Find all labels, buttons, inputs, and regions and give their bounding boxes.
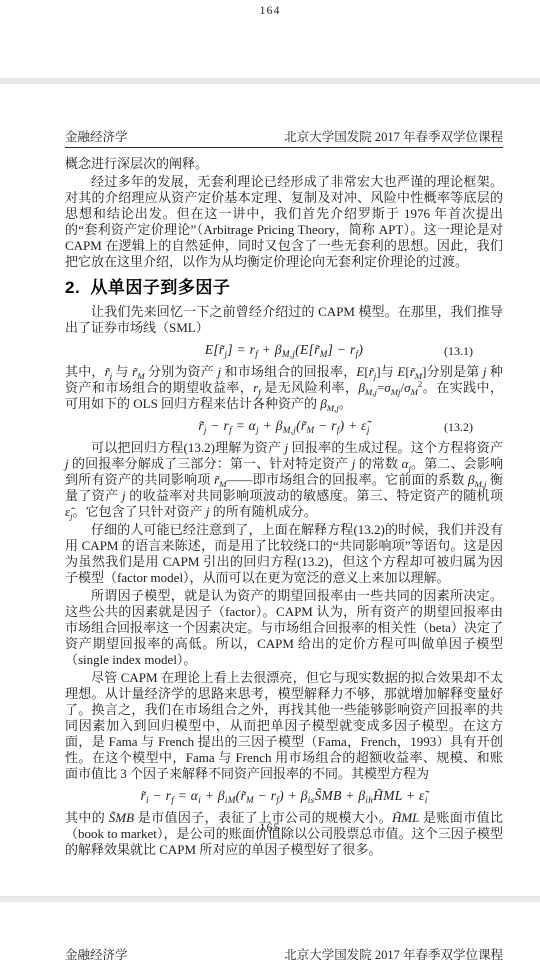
paragraph-sml-terms: 其中，r̃j 与 r̃M 分别为资产 j 和市场组合的回报率，E[r̃j]与 E… xyxy=(65,364,503,412)
page-164-bottom-strip: 164 xyxy=(0,0,540,78)
paragraph-regression-decomposition: 可以把回归方程(13.2)理解为资产 j 回报率的生成过程。这个方程将资产 j … xyxy=(65,440,503,520)
section-heading: 2. 从单因子到多因子 xyxy=(65,280,503,296)
pdf-viewer-canvas: 164 金融经济学 北京大学国发院 2017 年春季双学位课程 概念进行深层次的… xyxy=(0,0,540,960)
next-page-inner: 金融经济学 北京大学国发院 2017 年春季双学位课程 xyxy=(65,902,503,960)
page-header: 金融经济学 北京大学国发院 2017 年春季双学位课程 xyxy=(65,84,503,148)
equation-13-2: r̃j − rf = αj + βM,j(r̃M − rf) + ε̃j (13… xyxy=(65,417,503,435)
next-page-top-strip: 金融经济学 北京大学国发院 2017 年春季双学位课程 xyxy=(0,902,540,960)
equation-three-factor: r̃i − rf = αi + βiM(r̃M − rf) + βisS̃MB … xyxy=(65,787,503,805)
equation-13-2-number: (13.2) xyxy=(444,418,473,436)
header-course-info: 北京大学国发院 2017 年春季双学位课程 xyxy=(284,948,503,960)
next-page-header: 金融经济学 北京大学国发院 2017 年春季双学位课程 xyxy=(65,902,503,960)
header-course-title: 金融经济学 xyxy=(65,130,128,145)
paragraph-continuation: 概念进行深层次的阐释。 xyxy=(65,156,503,172)
page-number-165: 165 xyxy=(0,820,540,835)
equation-13-1: E[r̃j] = rf + βM,j(E[r̃M] − rf) (13.1) xyxy=(65,341,503,359)
paragraph-fama-french: 尽管 CAPM 在理论上看上去很漂亮，但它与现实数据的拟合效果却不太理想。从计量… xyxy=(65,670,503,782)
header-course-title: 金融经济学 xyxy=(65,948,128,960)
paragraph-factor-model-definition: 所谓因子模型，就是认为资产的期望回报率由一些共同的因素所决定。这些公共的因素就是… xyxy=(65,588,503,668)
page-165: 金融经济学 北京大学国发院 2017 年春季双学位课程 概念进行深层次的阐释。 … xyxy=(0,84,540,896)
equation-13-1-math: E[r̃j] = rf + βM,j(E[r̃M] − rf) xyxy=(205,342,363,357)
paragraph-capm-recall: 让我们先来回忆一下之前曾经介绍过的 CAPM 模型。在那里，我们推导出了证券市场… xyxy=(65,304,503,336)
equation-three-factor-math: r̃i − rf = αi + βiM(r̃M − rf) + βisS̃MB … xyxy=(140,788,427,803)
paragraph-factor-model-note: 仔细的人可能已经注意到了，上面在解释方程(13.2)的时候，我们并没有用 CAP… xyxy=(65,522,503,586)
page-165-inner: 金融经济学 北京大学国发院 2017 年春季双学位课程 概念进行深层次的阐释。 … xyxy=(65,84,503,858)
page-number-164: 164 xyxy=(0,3,540,18)
equation-13-2-math: r̃j − rf = αj + βM,j(r̃M − rf) + ε̃j xyxy=(198,418,369,433)
equation-13-1-number: (13.1) xyxy=(444,342,473,360)
paragraph-apt-intro: 经过多年的发展，无套利理论已经形成了非常宏大也严谨的理论框架。对其的介绍理应从资… xyxy=(65,174,503,270)
page-body-text: 概念进行深层次的阐释。 经过多年的发展，无套利理论已经形成了非常宏大也严谨的理论… xyxy=(65,156,503,858)
header-course-info: 北京大学国发院 2017 年春季双学位课程 xyxy=(284,130,503,145)
